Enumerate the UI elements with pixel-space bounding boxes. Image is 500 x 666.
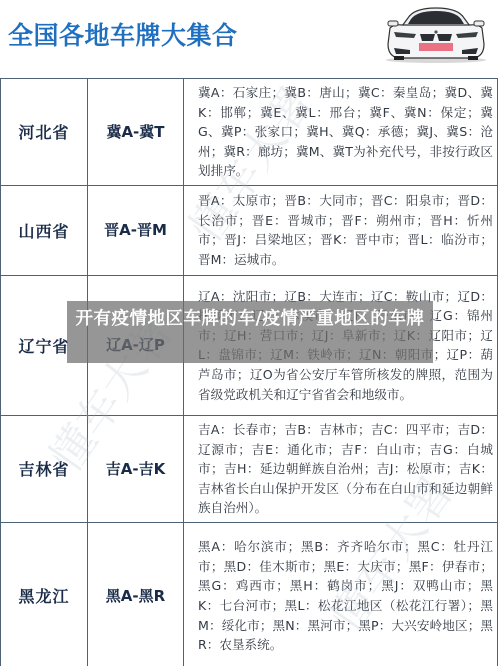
- table-row: 黑龙江 黑A-黑R 黑A：哈尔滨市；黑B：齐齐哈尔市；黑C：牡丹江市；黑D：佳木…: [1, 522, 498, 666]
- table-row: 河北省 冀A-冀T 冀A：石家庄；冀B：唐山；冀C：秦皇岛；冀D、冀K：邯郸；冀…: [1, 79, 498, 186]
- plate-table: 河北省 冀A-冀T 冀A：石家庄；冀B：唐山；冀C：秦皇岛；冀D、冀K：邯郸；冀…: [0, 78, 498, 666]
- code-range-cell: 冀A-冀T: [88, 79, 184, 186]
- table-row: 山西省 晋A-晋M 晋A：太原市；晋B：大同市；晋C：阳泉市；晋D：长治市；晋E…: [1, 185, 498, 275]
- province-cell: 黑龙江: [1, 522, 88, 666]
- code-range-cell: 晋A-晋M: [88, 185, 184, 275]
- header: 全国各地车牌大集合: [0, 0, 500, 78]
- caption-overlay: 开有疫情地区车牌的车/疫情严重地区的车牌: [67, 301, 433, 363]
- description-cell: 吉A：长春市；吉B：吉林市；吉C：四平市；吉D：辽源市；吉E：通化市；吉F：白山…: [184, 415, 498, 522]
- table-row: 吉林省 吉A-吉K 吉A：长春市；吉B：吉林市；吉C：四平市；吉D：辽源市；吉E…: [1, 415, 498, 522]
- page-title: 全国各地车牌大集合: [8, 16, 238, 52]
- code-range-cell: 黑A-黑R: [88, 522, 184, 666]
- description-cell: 黑A：哈尔滨市；黑B：齐齐哈尔市；黑C：牡丹江市；黑D：佳木斯市；黑E：大庆市；…: [184, 522, 498, 666]
- code-range-cell: 吉A-吉K: [88, 415, 184, 522]
- province-cell: 河北省: [1, 79, 88, 186]
- car-image: [380, 4, 492, 64]
- description-cell: 冀A：石家庄；冀B：唐山；冀C：秦皇岛；冀D、冀K：邯郸；冀E、冀L：邢台；冀F…: [184, 79, 498, 186]
- province-cell: 吉林省: [1, 415, 88, 522]
- province-cell: 山西省: [1, 185, 88, 275]
- description-cell: 晋A：太原市；晋B：大同市；晋C：阳泉市；晋D：长治市；晋E：晋城市；晋F：朔州…: [184, 185, 498, 275]
